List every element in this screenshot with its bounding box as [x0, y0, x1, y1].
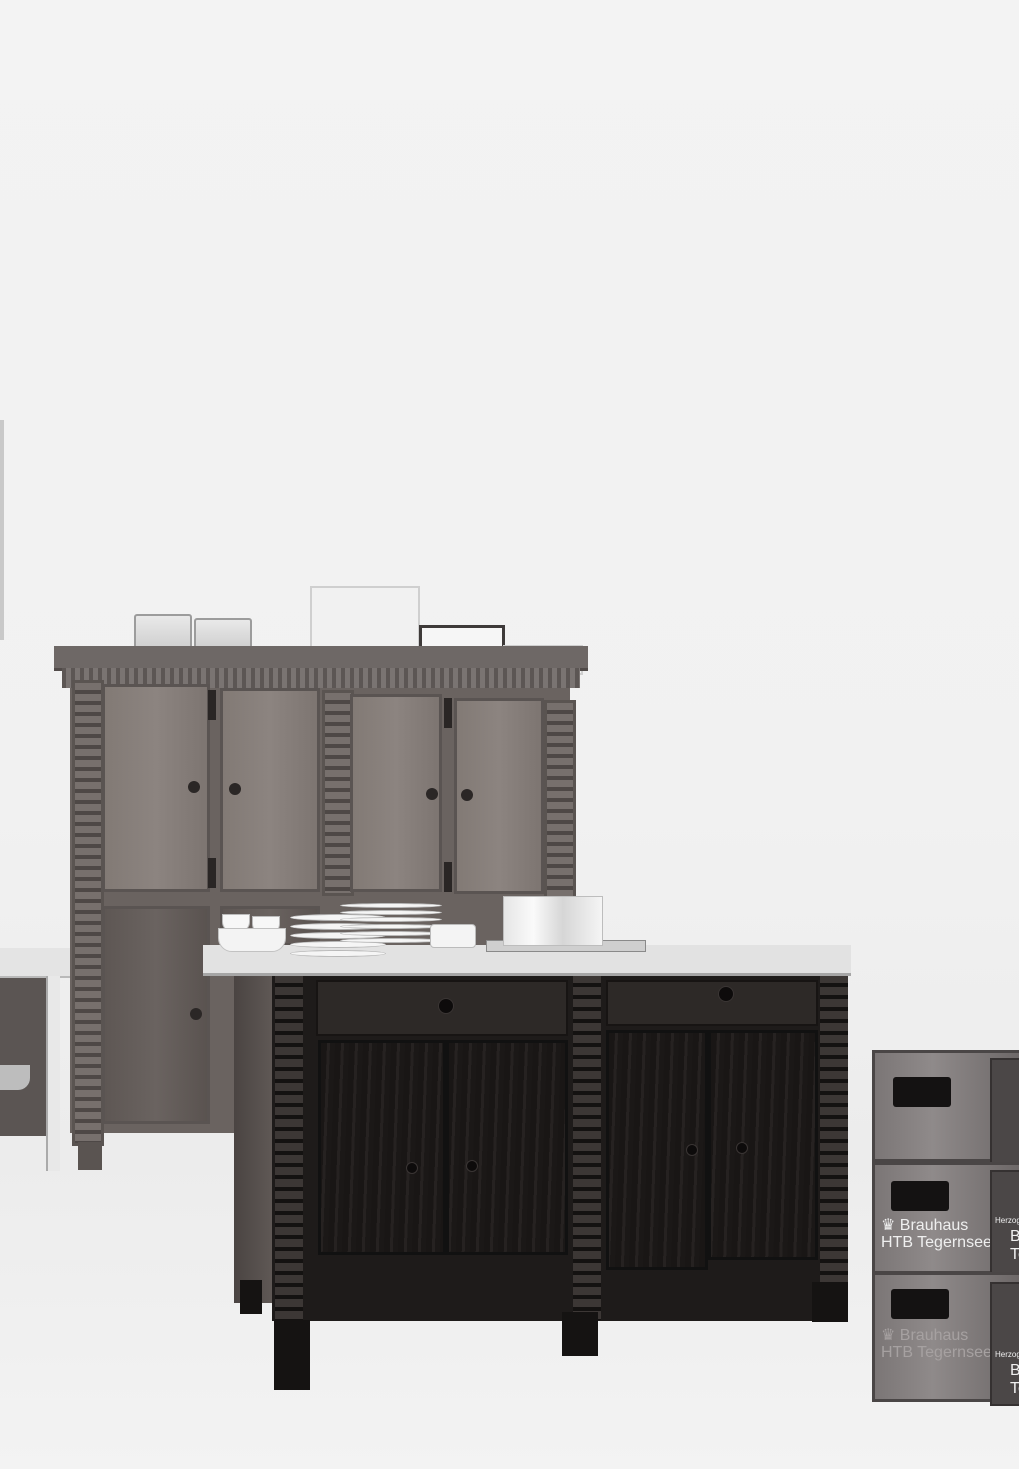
knob-icon[interactable] [229, 783, 241, 795]
glass-dish [503, 896, 603, 946]
hinge [208, 858, 216, 888]
crate-brand-line1: Brauhaus [900, 1217, 969, 1234]
crate-side-text: Herzogl. [995, 1350, 1019, 1359]
plate-stack [340, 903, 442, 943]
hinge [208, 690, 216, 720]
sideboard-pilaster [275, 975, 303, 1320]
sideboard-drawer[interactable] [606, 980, 818, 1026]
table-leg [46, 976, 60, 1171]
crate-side: Herzogl. B Te [990, 1282, 1019, 1406]
crate-side-line1: B [1010, 1362, 1019, 1379]
sideboard-leg [562, 1312, 598, 1356]
knob-icon[interactable] [426, 788, 438, 800]
crate-side-line1: B [1010, 1228, 1019, 1245]
door-knob-icon[interactable] [736, 1142, 748, 1154]
door-knob-icon[interactable] [406, 1162, 418, 1174]
crate-side [990, 1058, 1019, 1170]
sideboard-pilaster [820, 975, 848, 1295]
sideboard-pilaster [573, 975, 601, 1320]
crown-icon: ♛ [881, 1327, 895, 1344]
crate-brand-line2: HTB Tegernsee [881, 1234, 992, 1251]
crate-side-line2: Te [1010, 1246, 1019, 1263]
sideboard-door[interactable] [446, 1040, 568, 1255]
knob-icon[interactable] [190, 1008, 202, 1020]
crate-brand-label: ♛ Brauhaus HTB Tegernsee [881, 1327, 992, 1361]
door-knob-icon[interactable] [466, 1160, 478, 1172]
sideboard-side-panel [234, 973, 272, 1303]
sideboard-leg [812, 1282, 848, 1322]
sideboard-door[interactable] [318, 1040, 446, 1255]
crate-side-line2: Te [1010, 1380, 1019, 1397]
metal-pot [134, 614, 192, 650]
crate-handle [891, 1289, 949, 1319]
crate-brand-label: ♛ Brauhaus HTB Tegernsee [881, 1217, 992, 1251]
knob-icon[interactable] [461, 789, 473, 801]
door-knob-icon[interactable] [686, 1144, 698, 1156]
cupboard-foot [78, 1142, 102, 1170]
crate-side-text: Herzogl. [995, 1216, 1019, 1225]
sideboard-leg [274, 1320, 310, 1390]
drawer-knob-icon[interactable] [718, 986, 734, 1002]
knob-icon[interactable] [188, 781, 200, 793]
crate-side: Herzogl. B Te [990, 1170, 1019, 1282]
cupboard-pilaster [544, 700, 576, 901]
cupboard-pilaster [72, 680, 104, 1146]
basin [0, 1065, 30, 1090]
bowl [430, 924, 476, 948]
hinge [444, 862, 452, 892]
sideboard-door[interactable] [708, 1030, 818, 1260]
drawer-knob-icon[interactable] [438, 998, 454, 1014]
hinge [444, 698, 452, 728]
picture-frame-edge [0, 420, 4, 640]
crate-handle [891, 1181, 949, 1211]
crate-brand-line2: HTB Tegernsee [881, 1344, 992, 1361]
bowl-stack [218, 928, 286, 952]
crate-brand-line1: Brauhaus [900, 1327, 969, 1344]
crate-handle [893, 1077, 951, 1107]
sideboard-leg [240, 1280, 262, 1314]
table-top [0, 948, 70, 978]
table-shadow [0, 976, 46, 1136]
crown-icon: ♛ [881, 1217, 895, 1234]
